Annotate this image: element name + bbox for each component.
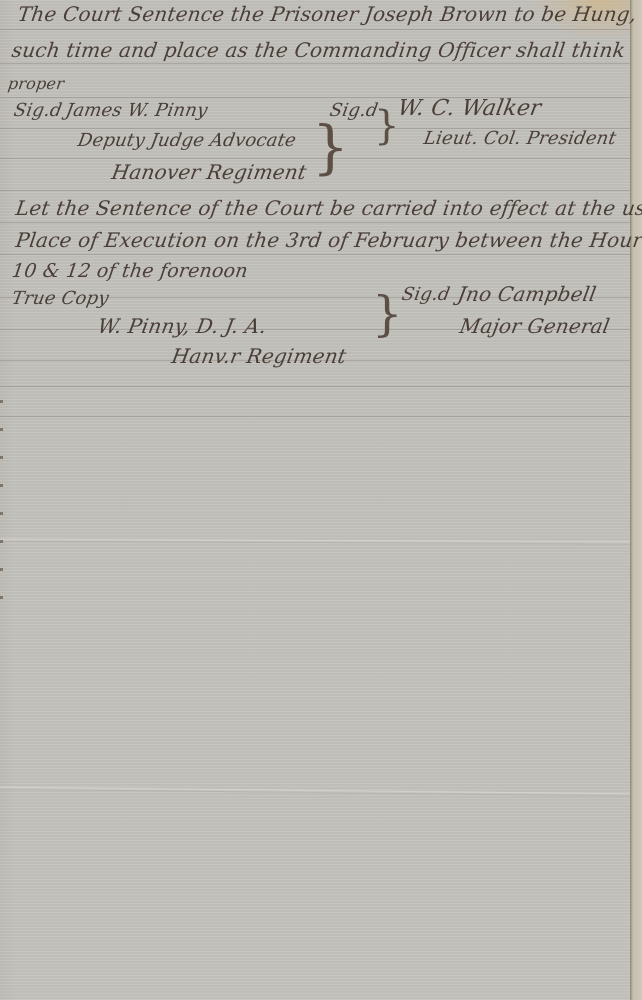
judge-advocate-name: James W. Pinny [64, 100, 209, 121]
ruled-line [0, 29, 632, 30]
certifier-name: W. Pinny, D. J. A. [96, 314, 269, 338]
true-copy-label: True Copy [10, 288, 110, 309]
ruled-line [0, 63, 632, 64]
sentence-line-3: proper [7, 74, 66, 93]
judge-advocate-title: Deputy Judge Advocate [76, 130, 298, 151]
certifier-unit: Hanv.r Regiment [170, 344, 348, 368]
signature-prefix: Sig.d [328, 100, 380, 121]
judge-advocate-unit: Hanover Regiment [110, 160, 309, 184]
general-name: Jno Campbell [456, 282, 598, 306]
general-title: Major General [458, 314, 612, 338]
paper-fold [0, 539, 635, 545]
ruled-line [0, 416, 632, 417]
order-line-2: Place of Execution on the 3rd of Februar… [14, 228, 642, 252]
binding-marks [0, 400, 3, 620]
sentence-line-1: The Court Sentence the Prisoner Joseph B… [16, 2, 642, 26]
president-title: Lieut. Col. President [422, 128, 618, 149]
signature-prefix: Sig.d [400, 284, 452, 305]
ruled-line [0, 190, 632, 191]
signature-prefix: Sig.d [12, 100, 64, 121]
paper-fold [0, 787, 635, 797]
president-name: W. C. Walker [396, 96, 543, 121]
brace-icon: } [372, 290, 403, 338]
brace-icon: } [312, 118, 349, 176]
page-edge [630, 0, 642, 1000]
ruled-line [0, 254, 632, 255]
brace-icon: } [374, 106, 399, 146]
manuscript-page: The Court Sentence the Prisoner Joseph B… [0, 0, 642, 1000]
order-line-1: Let the Sentence of the Court be carried… [14, 196, 642, 220]
order-line-3: 10 & 12 of the forenoon [10, 260, 249, 282]
ruled-line [0, 386, 632, 387]
sentence-line-2: such time and place as the Commanding Of… [10, 38, 626, 62]
ruled-line [0, 222, 632, 223]
